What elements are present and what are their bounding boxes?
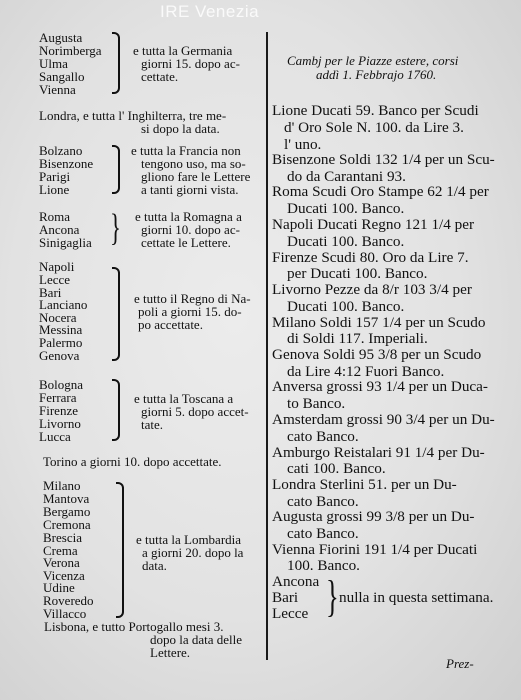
bracket-icon bbox=[112, 379, 120, 441]
city-name: Lucca bbox=[39, 429, 71, 444]
bracket-icon bbox=[112, 145, 120, 194]
city-name: Sinigaglia bbox=[39, 235, 92, 250]
exchange-line: Anversa grossi 93 1/4 per un Duca- bbox=[272, 378, 488, 396]
exchange-line: Napoli Ducati Regno 121 1/4 per bbox=[272, 216, 474, 234]
exchange-line: Roma Scudi Oro Stampe 62 1/4 per bbox=[272, 183, 489, 201]
catchword: Prez- bbox=[446, 656, 474, 671]
exchange-line: Amsterdam grossi 90 3/4 per un Du- bbox=[272, 411, 495, 429]
exchange-line: Genova Soldi 95 3/8 per un Scudo bbox=[272, 346, 481, 364]
bracket-icon bbox=[116, 482, 124, 618]
curly-brace-icon: } bbox=[110, 209, 121, 247]
description-line: si dopo la data. bbox=[141, 121, 220, 136]
nulla-text: nulla in questa settimana. bbox=[339, 589, 493, 607]
city-name: Genova bbox=[39, 348, 79, 363]
exchange-line: Bisenzone Soldi 132 1/4 per un Scu- bbox=[272, 151, 495, 169]
column-divider-rule bbox=[266, 32, 268, 660]
city-name: Lecce bbox=[272, 605, 308, 623]
description-line: tate. bbox=[141, 417, 163, 432]
exchange-line: Augusta grossi 99 3/8 per un Du- bbox=[272, 508, 474, 526]
city-name: Lione bbox=[39, 182, 69, 197]
bracket-icon bbox=[112, 32, 120, 94]
description-line: po accettate. bbox=[138, 317, 203, 332]
description-line: cettate le Lettere. bbox=[141, 235, 231, 250]
exchange-line: Lione Ducati 59. Banco per Scudi bbox=[272, 102, 479, 120]
city-name: Vienna bbox=[39, 82, 76, 97]
exchange-header: Cambj per le Piazze estere, corsi bbox=[287, 53, 458, 68]
description-line: data. bbox=[142, 558, 167, 573]
exchange-header: addì 1. Febbrajo 1760. bbox=[316, 67, 436, 82]
description-line: Lettere. bbox=[150, 645, 190, 660]
curly-brace-icon: } bbox=[326, 575, 339, 619]
exchange-line: Londra Sterlini 51. per un Du- bbox=[272, 476, 457, 494]
description-line: Torino a giorni 10. dopo accettate. bbox=[43, 454, 222, 469]
description-line: cettate. bbox=[141, 69, 178, 84]
bracket-icon bbox=[112, 267, 120, 361]
description-line: a tanti giorni vista. bbox=[141, 182, 238, 197]
document-page: IRE Venezia Augusta Norimberga Ulma Sang… bbox=[0, 0, 521, 700]
exchange-line: Livorno Pezze da 8/r 103 3/4 per bbox=[272, 281, 472, 299]
exchange-line: d' Oro Sole N. 100. da Lire 3. bbox=[284, 119, 464, 137]
watermark: IRE Venezia bbox=[160, 2, 259, 22]
